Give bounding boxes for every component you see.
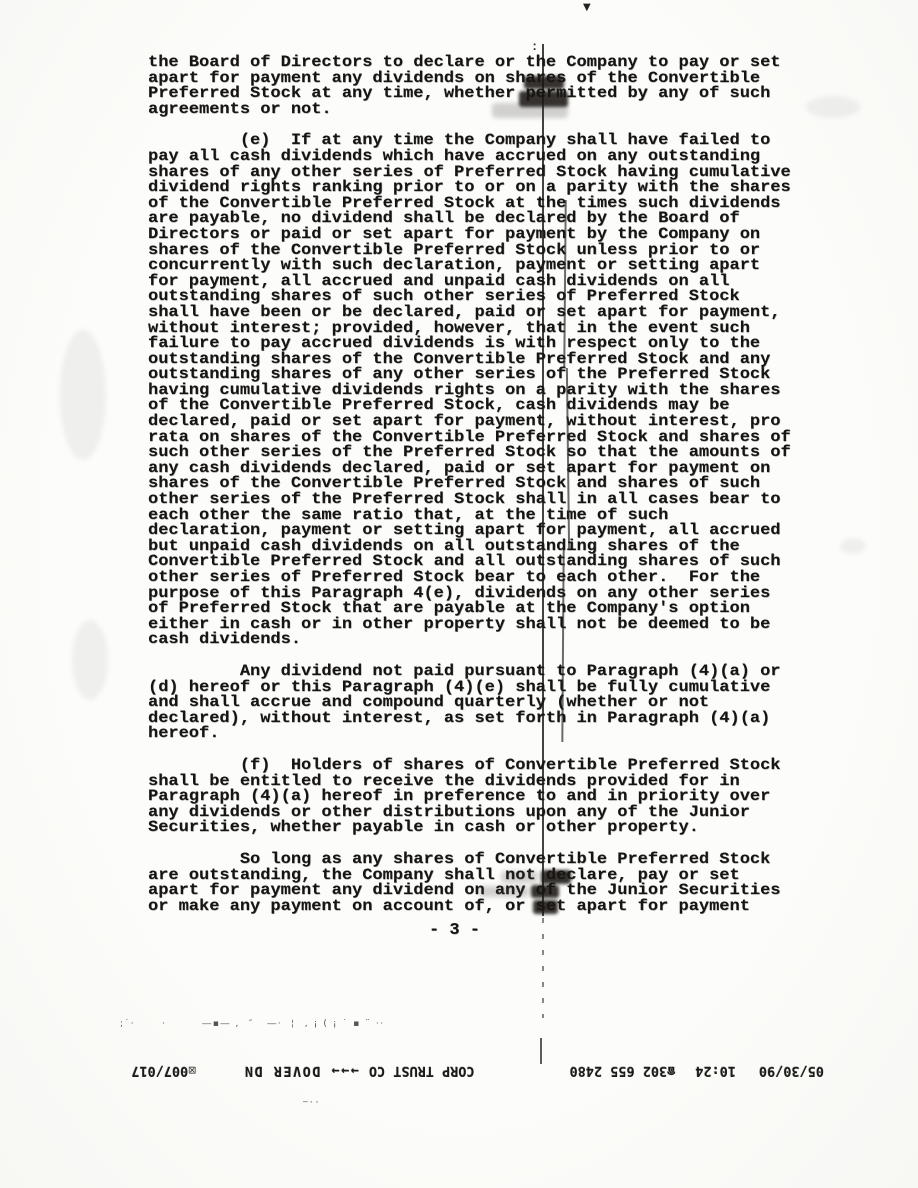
text-line: shares of the Convertible Preferred Stoc…	[148, 477, 848, 491]
text-line: dividend rights ranking prior to or on a…	[148, 181, 848, 195]
text-line: rata on shares of the Convertible Prefer…	[148, 431, 848, 445]
text-line: either in cash or in other property shal…	[148, 618, 848, 632]
paper-fleck	[806, 96, 860, 118]
text-line: of the Convertible Preferred Stock, cash…	[148, 399, 848, 413]
text-line: declaration, payment or setting apart fo…	[148, 524, 848, 538]
text-line: So long as any shares of Convertible Pre…	[148, 853, 848, 867]
text-line: (d) hereof or this Paragraph (4)(e) shal…	[148, 681, 848, 695]
text-line: shall have been or be declared, paid or …	[148, 306, 848, 320]
text-line: but unpaid cash dividends on all outstan…	[148, 540, 848, 554]
text-line: without interest; provided, however, tha…	[148, 322, 848, 336]
text-line: other series of Preferred Stock bear to …	[148, 571, 848, 585]
fax-page-count: ☒007/017	[131, 1063, 196, 1079]
text-line: Preferred Stock at any time, whether per…	[148, 87, 848, 101]
paragraph: So long as any shares of Convertible Pre…	[148, 853, 848, 915]
ink-smudge-halo	[492, 103, 568, 118]
fax-transmission-header: 05/30/90 10:24 ☎302 655 2480 CORP TRUST …	[86, 1060, 824, 1082]
text-line: are payable, no dividend shall be declar…	[148, 212, 848, 226]
ink-smudge-halo	[479, 886, 529, 897]
ink-smudge	[533, 900, 558, 914]
text-line: Any dividend not paid pursuant to Paragr…	[148, 665, 848, 679]
fax-crease-line-dotted	[542, 918, 544, 1018]
text-line: outstanding shares of such other series …	[148, 290, 848, 304]
text-line: outstanding shares of any other series o…	[148, 368, 848, 382]
scanned-page: the Board of Directors to declare or the…	[0, 0, 918, 1188]
text-line: (f) Holders of shares of Convertible Pre…	[148, 759, 848, 773]
text-line: hereof.	[148, 727, 848, 741]
scan-noise-row: ;˙· · ―▪― , ″ ―· ¦ , ¡ ( ¡ ˙ ▪ ¨ ··	[120, 1019, 580, 1029]
scan-artifact-mark: :	[531, 40, 538, 54]
paper-fleck	[840, 538, 866, 554]
scan-artifact-mark: ―··	[303, 1098, 320, 1107]
text-line: Paragraph (4)(a) hereof in preference to…	[148, 790, 848, 804]
scan-artifact-mark: ▼	[583, 2, 591, 13]
text-line: Securities, whether payable in cash or o…	[148, 821, 848, 835]
text-line: the Board of Directors to declare or the…	[148, 56, 848, 70]
fax-date: 05/30/90	[759, 1063, 824, 1079]
text-column: the Board of Directors to declare or the…	[148, 56, 848, 931]
fax-destination: →→→ DOVER DN	[243, 1063, 359, 1079]
ink-smudge	[531, 885, 559, 898]
text-line: each other the same ratio that, at the t…	[148, 509, 848, 523]
text-line: declared), without interest, as set fort…	[148, 712, 848, 726]
paragraph: (f) Holders of shares of Convertible Pre…	[148, 759, 848, 837]
text-line: of Preferred Stock that are payable at t…	[148, 602, 848, 616]
ink-smudge	[524, 76, 564, 89]
text-line: having cumulative dividends rights on a …	[148, 384, 848, 398]
text-line: any dividends or other distributions upo…	[148, 806, 848, 820]
fax-time: 10:24	[695, 1063, 736, 1079]
fax-phone-number: ☎302 655 2480	[570, 1063, 676, 1079]
paragraph: (e) If at any time the Company shall hav…	[148, 134, 848, 649]
paragraph: Any dividend not paid pursuant to Paragr…	[148, 665, 848, 743]
page-number: - 3 -	[429, 921, 480, 940]
text-line: or make any payment on account of, or se…	[148, 900, 848, 914]
text-line: cash dividends.	[148, 633, 848, 647]
text-line: concurrently with such declaration, paym…	[148, 259, 848, 273]
text-line: (e) If at any time the Company shall hav…	[148, 134, 848, 148]
text-line: shares of any other series of Preferred …	[148, 166, 848, 180]
paper-fleck	[72, 620, 108, 700]
text-line: shall be entitled to receive the dividen…	[148, 775, 848, 789]
text-line: declared, paid or set apart for payment,…	[148, 415, 848, 429]
text-line: failure to pay accrued dividends is with…	[148, 337, 848, 351]
text-line: and shall accrue and compound quarterly …	[148, 696, 848, 710]
text-line: other series of the Preferred Stock shal…	[148, 493, 848, 507]
text-line: apart for payment any dividends on share…	[148, 72, 848, 86]
text-line: shares of the Convertible Preferred Stoc…	[148, 244, 848, 258]
ink-smudge	[541, 870, 571, 884]
fax-sender-name: CORP TRUST CO	[369, 1063, 475, 1079]
text-line: pay all cash dividends which have accrue…	[148, 150, 848, 164]
ink-smudge-halo	[501, 871, 538, 883]
text-line: any cash dividends declared, paid or set…	[148, 462, 848, 476]
text-line: purpose of this Paragraph 4(e), dividend…	[148, 587, 848, 601]
text-line: Directors or paid or set apart for payme…	[148, 228, 848, 242]
text-line: such other series of the Preferred Stock…	[148, 446, 848, 460]
text-line: outstanding shares of the Convertible Pr…	[148, 353, 848, 367]
text-line: are outstanding, the Company shall not d…	[148, 869, 848, 883]
text-line: for payment, all accrued and unpaid cash…	[148, 275, 848, 289]
fax-crease-line	[542, 44, 544, 916]
text-line: of the Convertible Preferred Stock at th…	[148, 197, 848, 211]
text-line: Convertible Preferred Stock and all outs…	[148, 555, 848, 569]
paper-fleck	[60, 330, 106, 460]
